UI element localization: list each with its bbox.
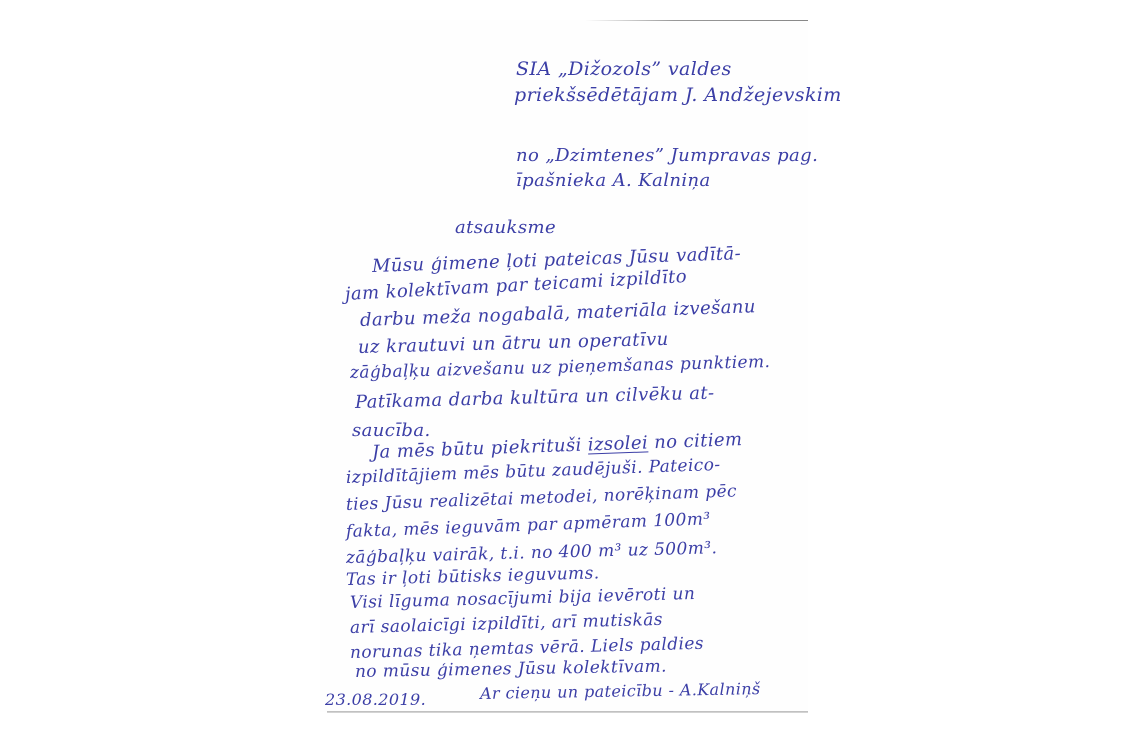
addressee-line-2: priekšsēdētājam J. Andžejevskim (514, 84, 842, 106)
underlined-word: izsolei (587, 432, 648, 455)
sheet-top-edge (585, 20, 808, 21)
addressee-line-1: SIA „Dižozols” valdes (516, 58, 732, 80)
sheet-bottom-edge (327, 711, 808, 713)
letter-date: 23.08.2019. (325, 690, 426, 709)
body-line: saucība. (352, 420, 431, 441)
body-line-end: no citiem (654, 429, 743, 453)
sender-line-1: no „Dzimtenes” Jumpravas pag. (516, 145, 818, 166)
sender-line-2: īpašnieka A. Kalniņa (516, 170, 711, 191)
letter-title: atsauksme (455, 217, 556, 238)
